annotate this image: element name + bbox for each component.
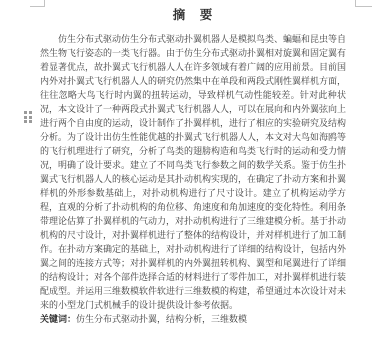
drag-handle-icon[interactable] xyxy=(24,111,32,123)
document-page: 摘 要 仿生分布式驱动仿生分布式驱动扑翼机器人是模拟鸟类、蝙蝠和昆虫等自然生物飞… xyxy=(0,0,372,364)
keywords-text: 仿生分布式驱动扑翼，结构分析，三维数模 xyxy=(76,314,247,324)
keywords-label: 关键词： xyxy=(40,314,76,324)
text-boundary-corner-mark-right xyxy=(355,0,372,7)
abstract-text-block: 仿生分布式驱动仿生分布式驱动扑翼机器人是模拟鸟类、蝙蝠和昆虫等自然生物飞行姿态的… xyxy=(40,32,346,326)
keywords-line: 关键词：仿生分布式驱动扑翼，结构分析，三维数模 xyxy=(40,312,346,326)
abstract-body: 仿生分布式驱动仿生分布式驱动扑翼机器人是模拟鸟类、蝙蝠和昆虫等自然生物飞行姿态的… xyxy=(40,32,346,312)
abstract-title: 摘 要 xyxy=(40,5,346,23)
